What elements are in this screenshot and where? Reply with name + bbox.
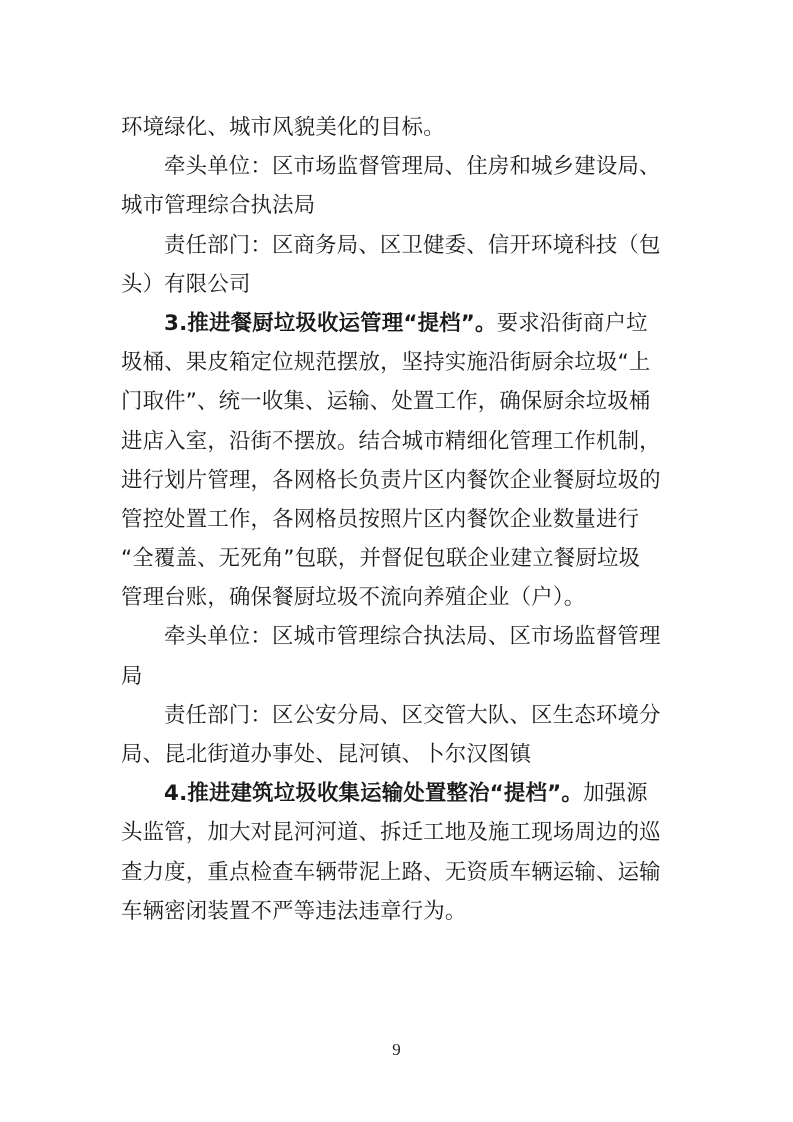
- line-text: 圾桶、果皮箱定位规范摆放，坚持实施沿街厨余垃圾“上: [121, 350, 650, 375]
- text-line-responsible-dept: 责任部门：区公安分局、区交管大队、区生态环境分: [121, 696, 657, 735]
- line-text: 管理台账，确保餐厨垃圾不流向养殖企业（户）。: [121, 585, 585, 610]
- text-line: 门取件”、统一收集、运输、处置工作，确保厨余垃圾桶: [121, 382, 657, 421]
- line-text: “全覆盖、无死角”包联，并督促包联企业建立餐厨垃圾: [121, 546, 640, 571]
- page-number: 9: [0, 1040, 793, 1060]
- text-line: 进店入室，沿街不摆放。结合城市精细化管理工作机制，: [121, 422, 657, 461]
- line-text: 加强源: [583, 781, 648, 806]
- text-line: 环境绿化、城市风貌美化的目标。: [121, 108, 657, 147]
- text-line-responsible-dept: 责任部门：区商务局、区卫健委、信开环境科技（包: [121, 226, 657, 265]
- text-line: 查力度，重点检查车辆带泥上路、无资质车辆运输、运输: [121, 853, 657, 892]
- text-line: 管控处置工作，各网格员按照片区内餐饮企业数量进行: [121, 500, 657, 539]
- line-text: 管控处置工作，各网格员按照片区内餐饮企业数量进行: [121, 507, 639, 532]
- section-heading-3: 3.推进餐厨垃圾收运管理“提档”。要求沿街商户垃: [121, 304, 657, 343]
- line-text: 查力度，重点检查车辆带泥上路、无资质车辆运输、运输: [121, 860, 661, 885]
- line-text: 局、昆北街道办事处、昆河镇、卜尔汉图镇: [121, 742, 531, 767]
- text-line: 车辆密闭装置不严等违法违章行为。: [121, 892, 657, 931]
- text-line: “全覆盖、无死角”包联，并督促包联企业建立餐厨垃圾: [121, 539, 657, 578]
- text-line: 头）有限公司: [121, 265, 657, 304]
- line-text: 责任部门：区公安分局、区交管大队、区生态环境分: [164, 703, 661, 728]
- text-line: 圾桶、果皮箱定位规范摆放，坚持实施沿街厨余垃圾“上: [121, 343, 657, 382]
- line-text: 责任部门：区商务局、区卫健委、信开环境科技（包: [164, 233, 661, 258]
- text-line: 管理台账，确保餐厨垃圾不流向养殖企业（户）。: [121, 578, 657, 617]
- line-text: 门取件”、统一收集、运输、处置工作，确保厨余垃圾桶: [121, 389, 650, 414]
- text-line: 头监管，加大对昆河河道、拆迁工地及施工现场周边的巡: [121, 813, 657, 852]
- line-text: 车辆密闭装置不严等违法违章行为。: [121, 899, 466, 924]
- line-text: 环境绿化、城市风貌美化的目标。: [121, 115, 445, 140]
- document-body: 环境绿化、城市风貌美化的目标。 牵头单位：区市场监督管理局、住房和城乡建设局、 …: [121, 108, 657, 931]
- section-title: 4.推进建筑垃圾收集运输处置整治“提档”。: [164, 781, 583, 806]
- line-text: 进行划片管理，各网格长负责片区内餐饮企业餐厨垃圾的: [121, 468, 661, 493]
- line-text: 头监管，加大对昆河河道、拆迁工地及施工现场周边的巡: [121, 820, 661, 845]
- text-line-lead-unit: 牵头单位：区市场监督管理局、住房和城乡建设局、: [121, 147, 657, 186]
- line-text: 头）有限公司: [121, 272, 251, 297]
- text-line: 城市管理综合执法局: [121, 186, 657, 225]
- section-heading-4: 4.推进建筑垃圾收集运输处置整治“提档”。加强源: [121, 774, 657, 813]
- line-text: 要求沿街商户垃: [497, 311, 648, 336]
- line-text: 牵头单位：区市场监督管理局、住房和城乡建设局、: [164, 154, 661, 179]
- text-line: 局、昆北街道办事处、昆河镇、卜尔汉图镇: [121, 735, 657, 774]
- text-line: 进行划片管理，各网格长负责片区内餐饮企业餐厨垃圾的: [121, 461, 657, 500]
- line-text: 城市管理综合执法局: [121, 193, 315, 218]
- text-line-lead-unit: 牵头单位：区城市管理综合执法局、区市场监督管理: [121, 617, 657, 656]
- line-text: 进店入室，沿街不摆放。结合城市精细化管理工作机制，: [121, 429, 661, 454]
- line-text: 牵头单位：区城市管理综合执法局、区市场监督管理: [164, 624, 661, 649]
- section-title: 3.推进餐厨垃圾收运管理“提档”。: [164, 311, 497, 336]
- text-line: 局: [121, 657, 657, 696]
- line-text: 局: [121, 664, 143, 689]
